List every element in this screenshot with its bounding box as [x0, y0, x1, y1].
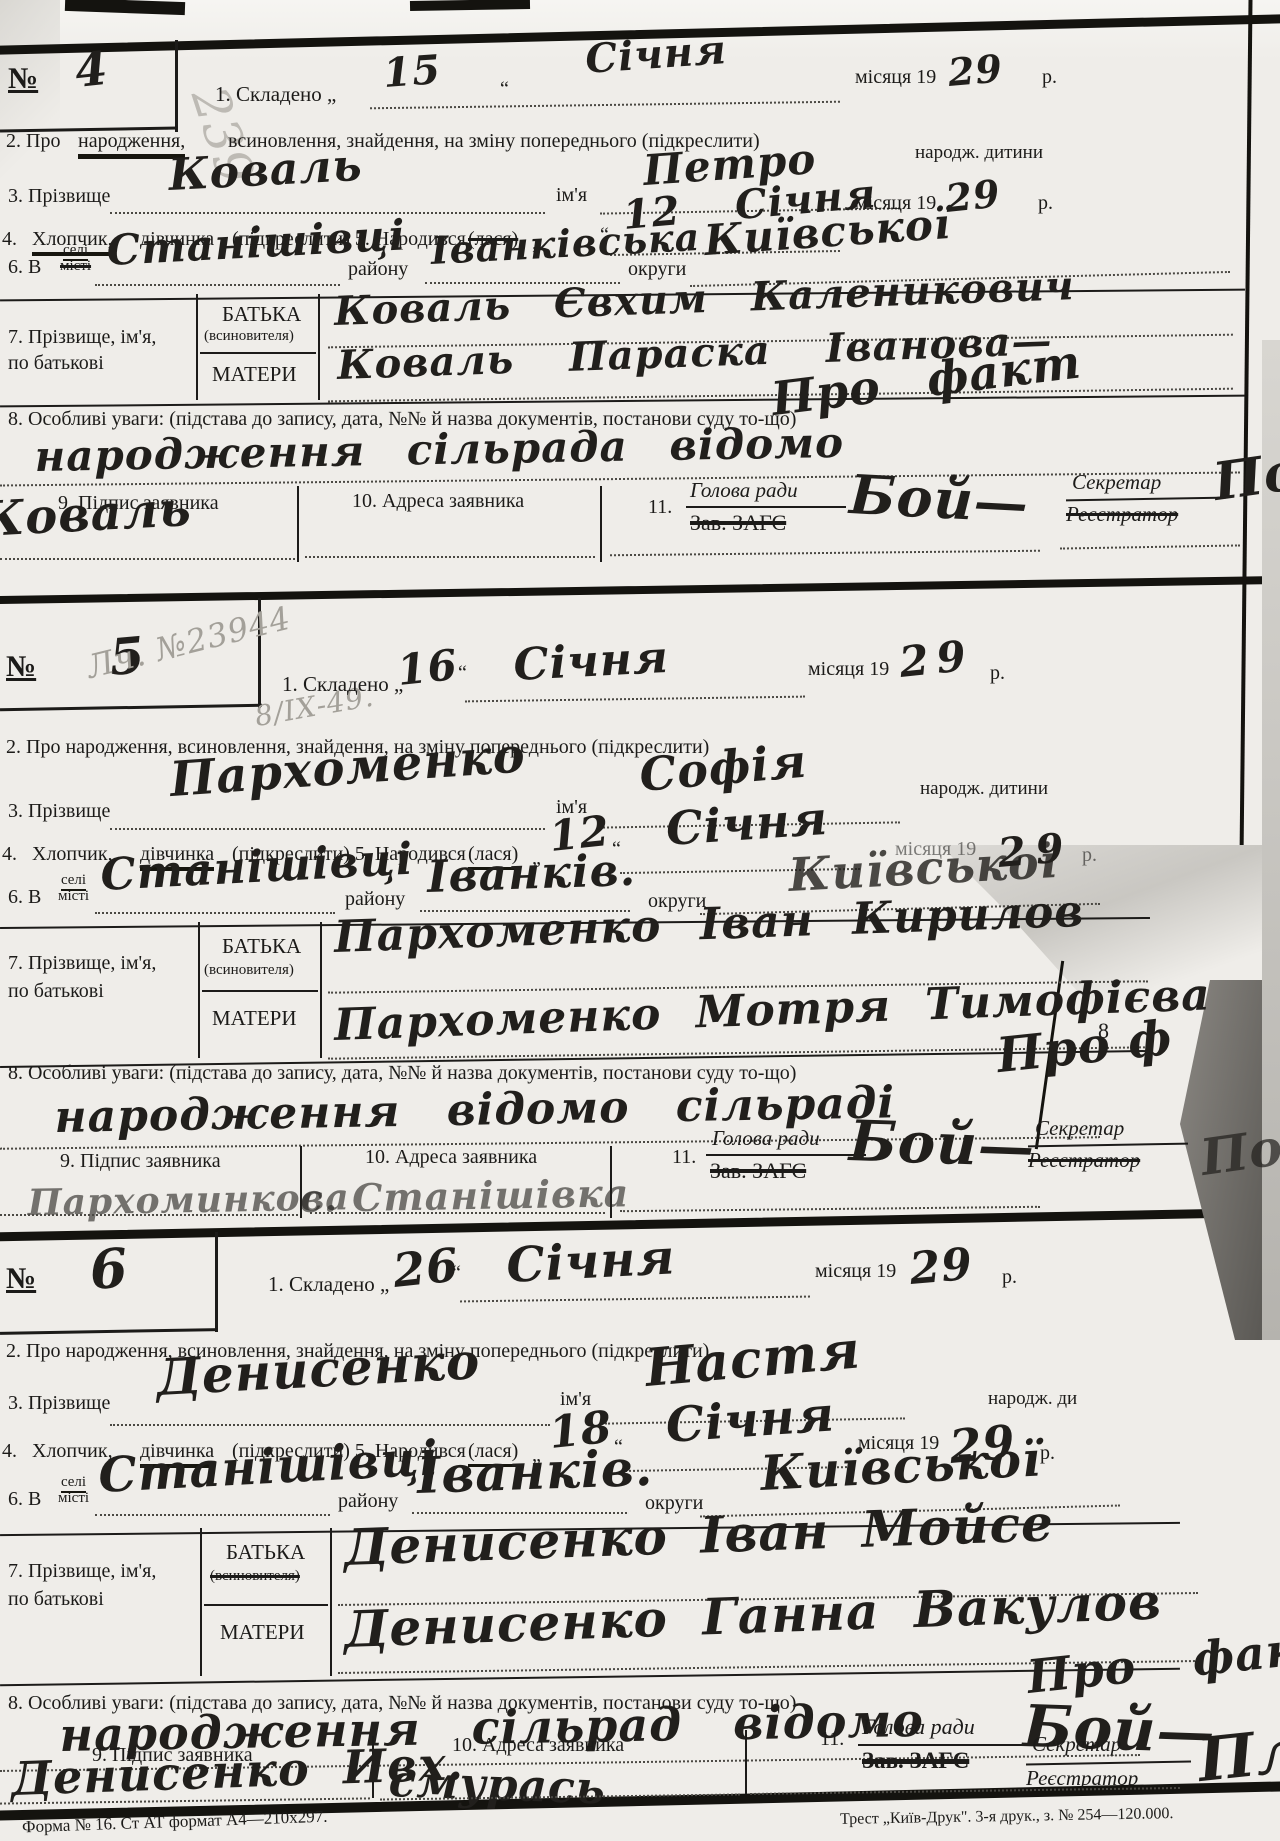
- r3-table-vline2: [330, 1528, 332, 1676]
- r3-month19-label: місяця 19: [815, 1260, 896, 1283]
- r3-table-vline1: [200, 1528, 202, 1676]
- r3-mother-value: Денисенко Ганна Вакулов: [343, 1571, 1163, 1659]
- r1-sig-vline1: [297, 486, 299, 562]
- r3-f6-misti: місті: [58, 1490, 89, 1506]
- r1-f2-prefix: 2. Про: [6, 130, 60, 153]
- r3-f2-right-note: народж. ди: [988, 1388, 1077, 1410]
- r3-applicant-address: смурась: [388, 1756, 607, 1815]
- r3-head-label: Голова ради: [862, 1714, 975, 1740]
- r2-f7-label-line2: по батькові: [8, 980, 104, 1003]
- r1-birth-year: 29: [943, 171, 1002, 221]
- scanned-registry-page: { "page": { "paper_color": "#efede9", "i…: [0, 0, 1280, 1841]
- r1-sig-dotline-1: [0, 558, 295, 560]
- r1-composed-day: 15: [382, 46, 443, 97]
- r3-f6-seli-misti: селі місті: [58, 1474, 89, 1506]
- r2-f6-misti: місті: [58, 888, 89, 904]
- r3-rayon-label: району: [338, 1490, 398, 1513]
- r1-f4-num: 4.: [2, 228, 17, 251]
- r1-table-midline: [200, 352, 316, 354]
- r2-no-label: №: [6, 650, 36, 684]
- r2-place-dotline: [95, 912, 335, 914]
- r2-composed-quote: “: [458, 662, 467, 685]
- r3-composed-label: 1. Складено „: [268, 1272, 389, 1297]
- r3-no-label: №: [6, 1262, 36, 1296]
- r2-surname-label: 3. Прізвище: [8, 800, 110, 823]
- footer-printer-info: Трест „Київ-Друк". 3-я друк., з. № 254—1…: [840, 1805, 1174, 1829]
- r2-f9-label: 9. Підпис заявника: [60, 1150, 221, 1173]
- r2-f6-seli-misti: селі місті: [58, 872, 89, 904]
- r1-mother-header: МАТЕРИ: [212, 362, 297, 387]
- r3-rayon-value: Іванків.: [416, 1438, 654, 1505]
- r3-composed-day: 26: [390, 1237, 461, 1298]
- r1-rayon-label: району: [348, 258, 408, 281]
- r2-table-midline: [202, 990, 318, 992]
- r2-secretary-rule: [1028, 1143, 1188, 1148]
- r1-place-dotline: [95, 284, 340, 286]
- r1-head-label: Голова ради: [690, 478, 798, 503]
- r1-sig-vline2: [600, 486, 602, 562]
- r1-secretary-label: Секретар: [1072, 470, 1161, 495]
- r1-zags-label-struck: Зав. ЗАГС: [690, 510, 786, 536]
- r2-sig-dotline-1: [0, 1214, 298, 1216]
- r1-number-box-right: [175, 40, 178, 132]
- r1-f6-label: 6. В: [8, 256, 41, 279]
- r2-head-rule: [706, 1154, 866, 1156]
- r1-table-vline2: [318, 294, 320, 400]
- r2-surname-dotline: [110, 828, 545, 830]
- r3-composed-year: 29: [908, 1239, 975, 1295]
- r3-f11-num: 11.: [820, 1728, 844, 1751]
- r1-registrar-label-struck: Реєстратор: [1066, 502, 1178, 527]
- r2-f7-label-line1: 7. Прізвище, ім'я,: [8, 952, 156, 975]
- r1-surname-value: Коваль: [167, 140, 363, 201]
- r2-f2-right-note: народж. дитини: [920, 778, 1048, 800]
- scan-mark-top-center: [410, 0, 530, 11]
- r1-sig-dotline-4: [1060, 544, 1240, 549]
- r1-composed-dotline: [370, 101, 840, 110]
- r2-composed-day: 16: [395, 640, 460, 695]
- r1-f2-right-note: народж. дитини: [915, 142, 1043, 164]
- r2-sig-dotline-3: [620, 1206, 1040, 1212]
- r2-r-label: р.: [990, 662, 1005, 685]
- r3-surname-label: 3. Прізвище: [8, 1392, 110, 1415]
- r2-table-vline2: [320, 922, 322, 1058]
- r3-secretary-signature: Пл: [1195, 1716, 1280, 1796]
- r1-r-label: р.: [1042, 66, 1057, 89]
- r1-record-number: 4: [72, 41, 110, 98]
- r1-surname-label: 3. Прізвище: [8, 185, 110, 208]
- r3-father-subheader-struck: (всиновителя): [210, 1568, 300, 1585]
- r2-pencil-note: Лч. №23944: [83, 599, 295, 686]
- r1-composed-label: 1. Складено „: [215, 82, 336, 107]
- r3-number-box-bottom: [0, 1328, 218, 1335]
- r1-birth-r: р.: [1038, 192, 1053, 215]
- r2-head-signature: Бой—: [848, 1108, 1036, 1180]
- r2-mother-header: МАТЕРИ: [212, 1006, 297, 1031]
- r3-f7-label-line1: 7. Прізвище, ім'я,: [8, 1560, 156, 1583]
- r1-name-label: ім'я: [556, 184, 587, 207]
- r3-r-label: р.: [1002, 1266, 1017, 1289]
- divider-record-1-2: [0, 576, 1280, 604]
- r1-father-header: БАТЬКА: [222, 302, 301, 327]
- page-right-border-line: [1239, 0, 1252, 860]
- r2-secretary-signature: Пол: [1197, 1112, 1280, 1187]
- r2-sig-dotline-2: [310, 1212, 605, 1214]
- r3-birth-r: р.: [1040, 1442, 1055, 1465]
- r1-f6-misti-struck: місті: [60, 258, 91, 274]
- r2-f11-num: 11.: [672, 1146, 696, 1169]
- scan-mark-top-left: [65, 0, 185, 15]
- r2-f10-label: 10. Адреса заявника: [365, 1146, 537, 1169]
- r3-f10-label: 10. Адреса заявника: [452, 1734, 624, 1757]
- r3-surname-dotline: [110, 1424, 550, 1426]
- paper-left-shadow: [0, 0, 60, 200]
- r2-secretary-label: Секретар: [1035, 1116, 1124, 1141]
- r1-composed-month: Січня: [584, 26, 729, 83]
- r1-f11-num: 11.: [648, 496, 672, 519]
- r2-month19-label: місяця 19: [808, 658, 889, 681]
- r2-birth-r: р.: [1082, 844, 1097, 867]
- r2-table-vline1: [198, 922, 200, 1058]
- r3-sig-vline2: [745, 1730, 747, 1794]
- r3-zags-label-struck: Зав. ЗАГС: [862, 1748, 969, 1774]
- r2-number-box-bottom: [0, 704, 262, 712]
- r3-table-midline: [204, 1604, 328, 1606]
- r2-zags-label-struck: Зав. ЗАГС: [710, 1158, 806, 1184]
- r3-composed-quote: “: [452, 1262, 461, 1285]
- r1-head-rule: [686, 506, 846, 508]
- r1-applicant-signature: Коваль: [0, 481, 193, 548]
- r1-f6-seli-misti: селі місті: [60, 242, 91, 274]
- r1-composed-year: 29: [946, 45, 1005, 95]
- r2-father-subheader: (всиновителя): [204, 962, 294, 979]
- r1-table-vline1: [196, 294, 198, 400]
- r3-place-dotline: [95, 1514, 330, 1516]
- r2-f6-label: 6. В: [8, 886, 41, 909]
- r1-f7-label-line2: по батькові: [8, 352, 104, 375]
- r1-sig-dotline-2: [305, 556, 595, 558]
- r1-head-signature: Бой—: [848, 462, 1031, 535]
- r1-secretary-signature: По/: [1210, 438, 1280, 513]
- r3-f4-num: 4.: [2, 1440, 17, 1463]
- r3-father-header: БАТЬКА: [226, 1540, 305, 1565]
- r2-composed-month: Січня: [512, 632, 670, 691]
- r3-secretary-label: Секретар: [1032, 1732, 1121, 1757]
- r1-month19-label: місяця 19: [855, 66, 936, 89]
- r3-table-bottom: [0, 1668, 1180, 1686]
- r3-composed-dotline: [460, 1296, 810, 1303]
- r2-head-label: Голова ради: [712, 1126, 820, 1151]
- r2-f4-num: 4.: [2, 843, 17, 866]
- r2-father-header: БАТЬКА: [222, 934, 301, 959]
- r3-f7-label-line2: по батькові: [8, 1588, 104, 1611]
- r2-registrar-label-struck: Реєстратор: [1028, 1148, 1140, 1173]
- r3-record-number: 6: [88, 1235, 131, 1302]
- r1-f10-label: 10. Адреса заявника: [352, 490, 524, 513]
- r3-head-rule: [858, 1744, 1023, 1746]
- r2-rayon-value: Іванків.: [426, 845, 636, 903]
- r3-composed-month: Січня: [505, 1229, 677, 1294]
- r3-father-value: Денисенко Іван Мойсе: [343, 1493, 1055, 1577]
- r2-composed-dotline: [465, 696, 805, 703]
- r1-secretary-rule: [1066, 497, 1226, 502]
- r1-no-label: №: [8, 62, 38, 96]
- r1-father-subheader: (всиновителя): [204, 328, 294, 345]
- r2-composed-year: 29: [897, 630, 976, 687]
- r1-sig-dotline-3: [610, 550, 1040, 557]
- r2-rayon-label: району: [345, 888, 405, 911]
- r3-f6-label: 6. В: [8, 1488, 41, 1511]
- r1-f7-label-line1: 7. Прізвище, ім'я,: [8, 326, 156, 349]
- r2-composed-label: 1. Складено „: [282, 672, 403, 697]
- r3-mother-header: МАТЕРИ: [220, 1620, 305, 1645]
- r3-number-box-right: [215, 1232, 218, 1332]
